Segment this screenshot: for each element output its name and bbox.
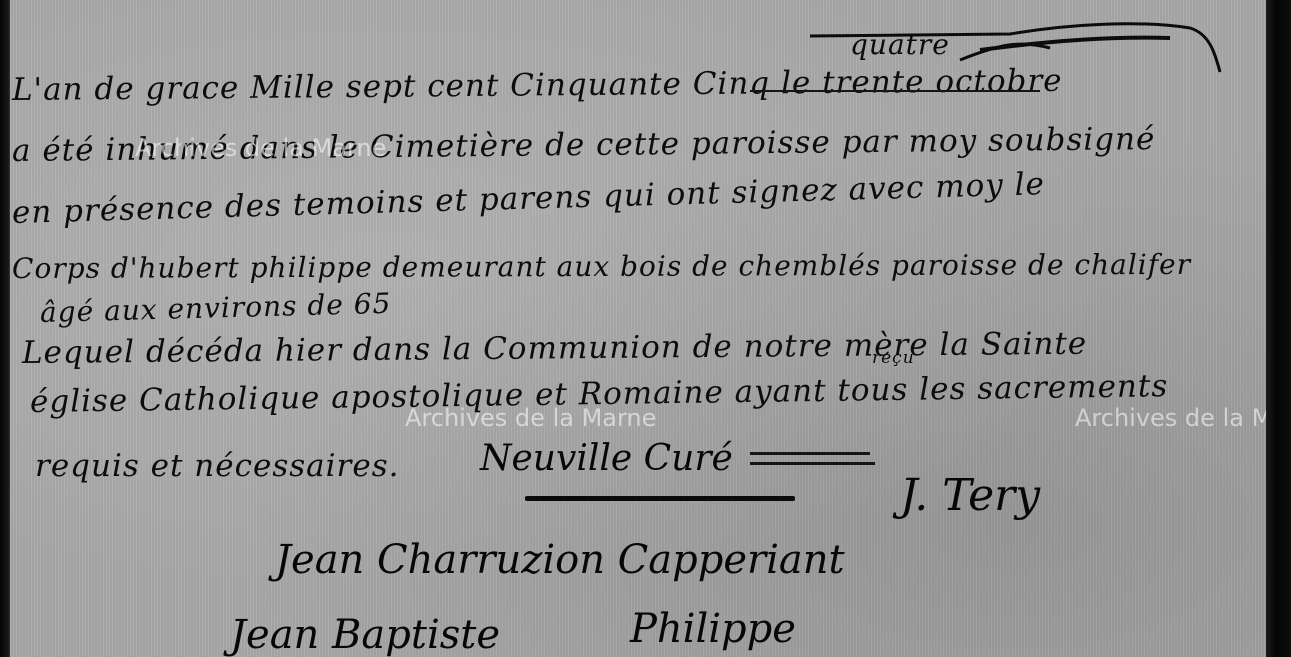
record-line-4: Corps d'hubert philippe demeurant aux bo… [12,248,1191,285]
strike-through-cinq [750,90,1040,92]
signature-witness-right: J. Tery [900,470,1040,521]
watermark-archives-2: Archives de la Marne [405,404,656,432]
signature-witness-1: Jean Charruzion Capperiant [275,537,845,583]
signature-witness-2-first: Jean Baptiste [230,612,500,657]
record-line-1: L'an de grace Mille sept cent Cinquante … [12,63,1063,108]
insertion-recu: reçu [872,348,915,368]
manuscript-page: quatre L'an de grace Mille sept cent Cin… [10,0,1266,657]
record-line-6: Lequel décéda hier dans la Communion de … [22,326,1087,371]
signature-witness-2-last: Philippe [630,606,796,652]
watermark-archives-1: Archives de la Marne [135,134,386,162]
record-line-3: en présence des temoins et parens qui on… [11,166,1045,231]
record-line-8: requis et nécessaires. [35,448,399,484]
scan-right-border [1266,0,1291,657]
strike-after-cure-2 [750,462,875,465]
strike-after-cure [750,452,870,455]
signature-underline [525,496,795,501]
record-line-5: âgé aux environs de 65 [40,287,392,329]
watermark-archives-3: Archives de la M [1075,404,1272,432]
signature-priest: Neuville Curé [480,438,733,479]
